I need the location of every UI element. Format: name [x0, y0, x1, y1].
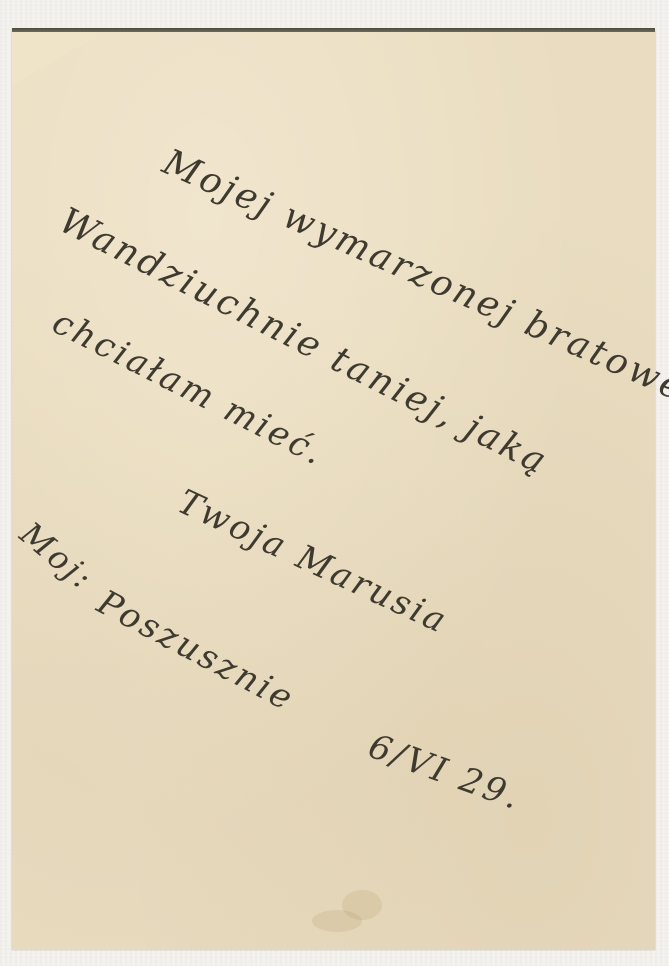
- paper-stain: [312, 910, 362, 932]
- folded-corner: [12, 32, 96, 92]
- paper-top-edge: [12, 28, 655, 32]
- aged-paper-sheet: [12, 30, 655, 950]
